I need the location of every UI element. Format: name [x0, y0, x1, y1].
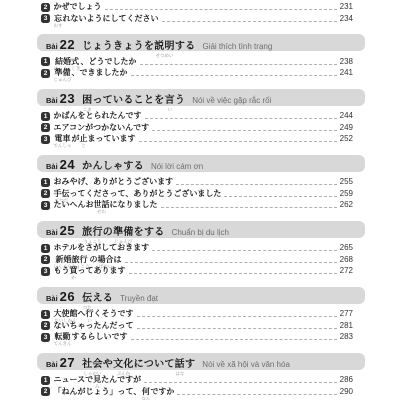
- toc-item-row: 1 大使館たいしかんへ行いくそうです 277: [37, 309, 365, 321]
- item-page-number: 281: [340, 321, 353, 331]
- item-page-number: 262: [340, 200, 353, 210]
- item-page-number: 231: [340, 2, 353, 12]
- lesson-section: Bài 25 旅行りょこうの準備じゅんびをする Chuẩn bị du lịch…: [37, 221, 365, 278]
- plain-word: は: [114, 255, 122, 264]
- lesson-items: 1 ニュースで見みたんですが 286 2 「ねんがじょう」って、何なんですか 2…: [37, 375, 365, 398]
- item-title-jp: もう買かってあります: [54, 266, 126, 275]
- item-title-jp: 忘わすれないようにしてください: [54, 14, 159, 23]
- lesson-label: Bài: [46, 42, 58, 51]
- dot-leader: [129, 266, 337, 274]
- ruby-word: 話はな: [175, 359, 185, 371]
- item-title-jp: エアコンがつかないんです: [54, 123, 150, 132]
- plain-word: について: [134, 359, 175, 371]
- toc-item-row: 1 結婚式けっこんしき、どうでしたか 238: [37, 57, 365, 69]
- toc-item-row: 3 忘わすれないようにしてください 234: [37, 14, 365, 26]
- ruby-word: 止と: [80, 134, 88, 143]
- item-page-number: 283: [340, 332, 353, 342]
- lesson-section: Bài 22 じょうきょうを説明せつめいする Giải thích tình t…: [37, 34, 365, 80]
- item-title-jp: ホテルをさがしておきます: [54, 243, 150, 252]
- item-page-number: 255: [340, 177, 353, 187]
- ruby-word: 新婚旅行しんこんりょこう: [54, 255, 90, 264]
- item-number-badge: 3: [41, 201, 50, 210]
- plain-word: す: [185, 359, 195, 371]
- item-number-badge: 1: [41, 376, 50, 385]
- dot-leader: [137, 321, 337, 329]
- dot-leader: [144, 375, 337, 383]
- dot-leader: [105, 2, 337, 10]
- item-page-number: 234: [340, 14, 353, 24]
- ruby-word: 準備じゅんび: [54, 68, 72, 77]
- plain-word: ないちゃったんだって: [54, 321, 134, 330]
- dot-leader: [161, 200, 337, 208]
- plain-word: へ: [78, 309, 86, 318]
- item-page-number: 252: [340, 134, 353, 144]
- lesson-section: Bài 24 かんしゃする Nói lời cám ơn 1 おみやげ、ありがと…: [37, 155, 365, 212]
- plain-word: かぜでしょう: [54, 2, 102, 11]
- ruby-word: 困こま: [82, 95, 92, 107]
- toc-item-row: 3 電車でんしゃが止とまっています 252: [37, 134, 365, 146]
- item-page-number: 272: [340, 266, 353, 276]
- dot-leader: [140, 57, 337, 65]
- ruby-word: 買か: [70, 266, 78, 275]
- dot-leader: [145, 111, 337, 119]
- toc-item-row: 1 おみやげ、ありがとうございます 255: [37, 177, 365, 189]
- toc-item-row: 2 「ねんがじょう」って、何なんですか 290: [37, 387, 365, 399]
- ruby-word: 言い: [165, 95, 175, 107]
- item-title-jp: 電車でんしゃが止とまっています: [54, 134, 136, 143]
- dot-leader: [131, 332, 337, 340]
- item-title-jp: 「ねんがじょう」って、何なんですか: [54, 387, 175, 396]
- plain-word: ってあります: [78, 266, 126, 275]
- ruby-word: 伝つた: [82, 293, 92, 305]
- item-page-number: 238: [340, 57, 353, 67]
- lesson-number: 23: [60, 91, 75, 106]
- toc-item-row: 2 準備じゅんび、できましたか 241: [37, 68, 365, 80]
- plain-word: や: [103, 359, 113, 371]
- plain-word: まっています: [88, 134, 136, 143]
- ruby-word: 準備じゅんび: [113, 227, 134, 239]
- toc-item-row: 3 たいへんお世話せわになりました 262: [37, 200, 365, 212]
- dot-leader: [137, 309, 337, 317]
- item-number-badge: 1: [41, 112, 50, 121]
- dot-leader: [152, 243, 337, 251]
- item-title-jp: 大使館たいしかんへ行いくそうです: [54, 309, 134, 318]
- lesson-label: Bài: [46, 228, 58, 237]
- ruby-word: 場合ばあい: [98, 255, 114, 264]
- lesson-title-jp: 旅行りょこうの準備じゅんびをする: [82, 227, 164, 239]
- item-title-jp: 準備じゅんび、できましたか: [54, 68, 128, 77]
- plain-word: が: [72, 134, 80, 143]
- plain-word: 「ねんがじょう」って、: [54, 387, 142, 396]
- plain-word: もう: [54, 266, 70, 275]
- item-title-jp: 結婚式けっこんしき、どうでしたか: [54, 57, 137, 66]
- lesson-header: Bài 24 かんしゃする Nói lời cám ơn: [37, 155, 365, 172]
- plain-word: かばんをとられたんです: [54, 111, 142, 120]
- lesson-title-vi: Nói lời cám ơn: [151, 162, 203, 171]
- lesson-number: 27: [60, 355, 75, 370]
- ruby-word: 手伝てつだ: [54, 189, 70, 198]
- item-title-jp: 手伝てつだってくださって、ありがとうございました: [54, 189, 222, 198]
- toc-item-row: 2 ないちゃったんだって 281: [37, 321, 365, 333]
- item-title-jp: ないちゃったんだって: [54, 321, 134, 330]
- toc-item-row: 3 転勤てんきんするらしいです 283: [37, 332, 365, 344]
- lesson-number: 26: [60, 289, 75, 304]
- lesson-items: 1 大使館たいしかんへ行いくそうです 277 2 ないちゃったんだって 281 …: [37, 309, 365, 344]
- lesson-title-jp: 困こまっていることを言いう: [82, 95, 185, 107]
- dot-leader: [224, 189, 336, 197]
- lesson-label: Bài: [46, 360, 58, 369]
- plain-word: れないようにしてください: [63, 14, 159, 23]
- dot-leader: [152, 123, 337, 131]
- item-title-jp: おみやげ、ありがとうございます: [54, 177, 174, 186]
- toc-item-row: 2 エアコンがつかないんです 249: [37, 123, 365, 135]
- lesson-header: Bài 25 旅行りょこうの準備じゅんびをする Chuẩn bị du lịch: [37, 221, 365, 238]
- item-number-badge: 2: [41, 387, 50, 396]
- dot-leader: [125, 255, 337, 263]
- item-title-jp: かぜでしょう: [54, 2, 102, 11]
- item-title-jp: 新婚旅行しんこんりょこうの場合ばあいは: [54, 255, 122, 264]
- ruby-word: 見み: [93, 375, 101, 384]
- lesson-title-jp: かんしゃする: [82, 161, 144, 173]
- lesson-section: Bài 27 社会しゃかいや文化ぶんかについて話はなす Nói về xã hộ…: [37, 353, 365, 399]
- toc-item-row: 2 手伝てつだってくださって、ありがとうございました 259: [37, 189, 365, 201]
- item-page-number: 277: [340, 309, 353, 319]
- dot-leader: [162, 14, 337, 22]
- lesson-title-vi: Nói về việc gặp rắc rối: [192, 96, 271, 105]
- lesson-section: Bài 26 伝つたえる Truyền đạt 1 大使館たいしかんへ行いくそう…: [37, 287, 365, 344]
- lesson-label: Bài: [46, 294, 58, 303]
- lesson-title-jp: じょうきょうを説明せつめいする: [82, 41, 195, 53]
- ruby-word: 説明せつめい: [154, 41, 175, 53]
- plain-word: 、どうでしたか: [81, 57, 137, 66]
- toc-item-row: 2 新婚旅行しんこんりょこうの場合ばあいは 268: [37, 255, 365, 267]
- toc-content: 2 かぜでしょう 231 3 忘わすれないようにしてください 234 Bài 2…: [37, 2, 365, 398]
- plain-word: たんですが: [101, 375, 141, 384]
- plain-word: する: [175, 41, 196, 53]
- lesson-header: Bài 22 じょうきょうを説明せつめいする Giải thích tình t…: [37, 34, 365, 51]
- plain-word: ホテルをさがしておきます: [54, 243, 150, 252]
- lesson-section: Bài 23 困こまっていることを言いう Nói về việc gặp rắc…: [37, 89, 365, 146]
- lesson-number: 24: [60, 157, 75, 172]
- item-number-badge: 2: [41, 123, 50, 132]
- item-page-number: 290: [340, 387, 353, 397]
- item-title-jp: 転勤てんきんするらしいです: [54, 332, 128, 341]
- ruby-word: 世話せわ: [94, 200, 110, 209]
- lesson-title-vi: Nói về xã hội và văn hóa: [202, 360, 290, 369]
- dot-leader: [177, 387, 336, 395]
- plain-word: するらしいです: [72, 332, 128, 341]
- dot-leader: [131, 68, 337, 76]
- plain-word: エアコンがつかないんです: [54, 123, 150, 132]
- ruby-word: 忘わす: [54, 14, 63, 23]
- toc-item-row: 1 かばんをとられたんです 244: [37, 111, 365, 123]
- dot-leader: [176, 177, 336, 185]
- plain-word: の: [90, 255, 98, 264]
- item-page-number: 241: [340, 68, 353, 78]
- item-number-badge: 2: [41, 3, 50, 12]
- lesson-items: 1 おみやげ、ありがとうございます 255 2 手伝てつだってくださって、ありが…: [37, 177, 365, 212]
- lesson-number: 25: [60, 223, 75, 238]
- plain-word: ですか: [150, 387, 174, 396]
- plain-word: う: [175, 95, 185, 107]
- item-number-badge: 1: [41, 57, 50, 66]
- item-number-badge: 3: [41, 14, 50, 23]
- plain-word: っていることを: [92, 95, 164, 107]
- item-number-badge: 2: [41, 321, 50, 330]
- plain-word: じょうきょうを: [82, 41, 154, 53]
- toc-item-row: 2 かぜでしょう 231: [37, 2, 365, 14]
- lesson-title-jp: 社会しゃかいや文化ぶんかについて話はなす: [82, 359, 195, 371]
- toc-item-row: 1 ホテルをさがしておきます 265: [37, 243, 365, 255]
- plain-word: かんしゃする: [82, 161, 144, 173]
- ruby-word: 旅行りょこう: [82, 227, 103, 239]
- item-number-badge: 1: [41, 178, 50, 187]
- lesson-header: Bài 27 社会しゃかいや文化ぶんかについて話はなす Nói về xã hộ…: [37, 353, 365, 370]
- lesson-label: Bài: [46, 162, 58, 171]
- item-page-number: 286: [340, 375, 353, 385]
- toc-page: 2 かぜでしょう 231 3 忘わすれないようにしてください 234 Bài 2…: [0, 0, 400, 400]
- toc-item-row: 1 ニュースで見みたんですが 286: [37, 375, 365, 387]
- plain-word: 、できましたか: [72, 68, 128, 77]
- ruby-word: 結婚式けっこんしき: [54, 57, 81, 66]
- item-number-badge: 3: [41, 333, 50, 342]
- ruby-word: 何なん: [141, 387, 150, 396]
- ruby-word: 転勤てんきん: [54, 332, 72, 341]
- lesson-title-jp: 伝つたえる: [82, 293, 113, 305]
- lesson-items: 1 結婚式けっこんしき、どうでしたか 238 2 準備じゅんび、できましたか 2…: [37, 57, 365, 80]
- lesson-label: Bài: [46, 96, 58, 105]
- plain-word: ってくださって、ありがとうございました: [70, 189, 222, 198]
- item-number-badge: 2: [41, 255, 50, 264]
- item-number-badge: 2: [41, 189, 50, 198]
- lesson-title-vi: Truyền đạt: [120, 294, 158, 303]
- lesson-header: Bài 23 困こまっていることを言いう Nói về việc gặp rắc…: [37, 89, 365, 106]
- item-page-number: 265: [340, 243, 353, 253]
- item-page-number: 249: [340, 123, 353, 133]
- ruby-word: 行い: [86, 309, 94, 318]
- item-number-badge: 2: [41, 69, 50, 78]
- item-title-jp: たいへんお世話せわになりました: [54, 200, 158, 209]
- plain-word: をする: [134, 227, 165, 239]
- item-page-number: 259: [340, 189, 353, 199]
- toc-item-row: 3 もう買かってあります 272: [37, 266, 365, 278]
- plain-word: くそうです: [94, 309, 134, 318]
- item-number-badge: 3: [41, 135, 50, 144]
- plain-word: になりました: [110, 200, 158, 209]
- item-page-number: 244: [340, 111, 353, 121]
- plain-word: おみやげ、ありがとうございます: [54, 177, 174, 186]
- lesson-items: 1 かばんをとられたんです 244 2 エアコンがつかないんです 249 3 電…: [37, 111, 365, 146]
- lesson-items: 1 ホテルをさがしておきます 265 2 新婚旅行しんこんりょこうの場合ばあいは…: [37, 243, 365, 278]
- plain-word: たいへんお: [54, 200, 94, 209]
- item-title-jp: かばんをとられたんです: [54, 111, 142, 120]
- ruby-word: 文化ぶんか: [113, 359, 134, 371]
- lesson-title-vi: Chuẩn bị du lịch: [172, 228, 229, 237]
- plain-word: える: [92, 293, 113, 305]
- dot-leader: [139, 134, 337, 142]
- plain-word: ニュースで: [54, 375, 94, 384]
- ruby-word: 大使館たいしかん: [54, 309, 78, 318]
- item-page-number: 268: [340, 255, 353, 265]
- ruby-word: 電車でんしゃ: [54, 134, 72, 143]
- item-title-jp: ニュースで見みたんですが: [54, 375, 142, 384]
- item-number-badge: 3: [41, 267, 50, 276]
- item-number-badge: 1: [41, 310, 50, 319]
- lesson-number: 22: [60, 37, 75, 52]
- plain-word: の: [103, 227, 113, 239]
- item-number-badge: 1: [41, 244, 50, 253]
- lesson-title-vi: Giải thích tình trạng: [202, 42, 272, 51]
- lesson-header: Bài 26 伝つたえる Truyền đạt: [37, 287, 365, 304]
- ruby-word: 社会しゃかい: [82, 359, 103, 371]
